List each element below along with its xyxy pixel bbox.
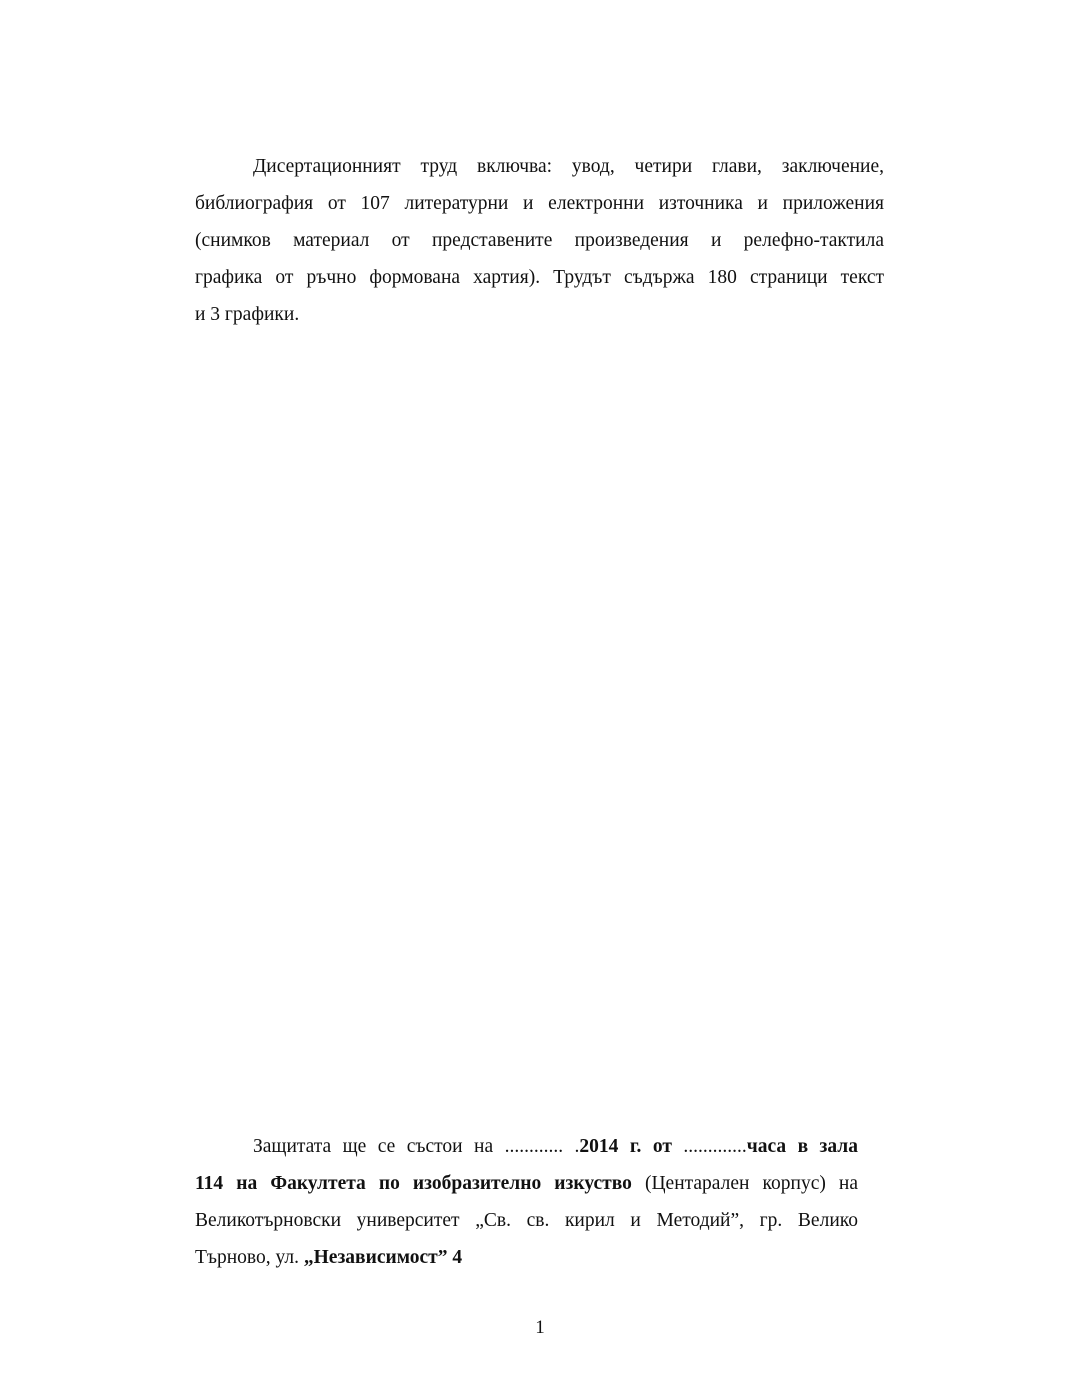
defense-date-text: Защитата ще се състои на ............ .	[253, 1136, 579, 1157]
building-text: (Центарален корпус) на	[632, 1173, 858, 1194]
text-line: Търново, ул. „Независимост” 4	[195, 1239, 858, 1276]
text-line: Великотърновски университет „Св. св. кир…	[195, 1202, 858, 1239]
text-line: Дисертационният труд включва: увод, чети…	[195, 148, 884, 185]
faculty-name-text: 114 на Факултета по изобразително изкуст…	[195, 1173, 632, 1194]
text-line: графика от ръчно формована хартия). Труд…	[195, 259, 884, 296]
defense-time-placeholder: .............	[672, 1136, 747, 1157]
defense-year-text: 2014 г. от	[579, 1136, 672, 1157]
city-text: Търново, ул.	[195, 1247, 304, 1268]
text-line: Защитата ще се състои на ............ .2…	[195, 1128, 858, 1165]
street-address-text: „Независимост” 4	[304, 1247, 462, 1268]
text-line: и 3 графики.	[195, 296, 884, 333]
dissertation-summary-paragraph: Дисертационният труд включва: увод, чети…	[195, 148, 884, 333]
defense-hall-text: часа в зала	[747, 1136, 858, 1157]
text-line: 114 на Факултета по изобразително изкуст…	[195, 1165, 858, 1202]
text-line: (снимков материал от представените произ…	[195, 222, 884, 259]
text-line: библиография от 107 литературни и електр…	[195, 185, 884, 222]
page-number: 1	[0, 1317, 1080, 1339]
defense-info-paragraph: Защитата ще се състои на ............ .2…	[195, 1128, 858, 1276]
